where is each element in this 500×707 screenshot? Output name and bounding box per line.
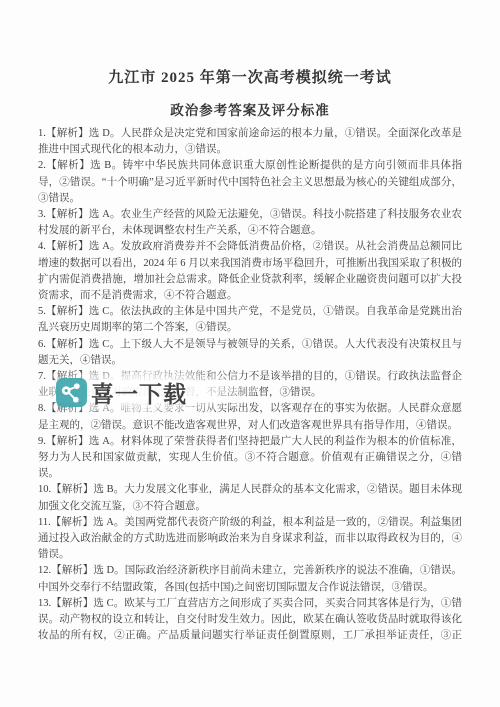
answer-item-1: 1.【解析】选 D。人民群众是决定党和国家前途命运的根本力量，①错误。全面深化改… [38, 126, 462, 158]
watermark-text: 喜一下载 [91, 376, 187, 409]
answer-item-4: 4.【解析】选 A。发放政府消费券并不会降低消费品价格，②错误。从社会消费品总额… [38, 239, 462, 304]
answer-item-12: 12.【解析】选 D。国际政治经济新秩序目前尚未建立，完善新秩序的说法不准确，①… [38, 563, 462, 595]
answer-item-9: 9.【解析】选 A。材料体现了荣誉获得者们坚持把最广大人民的利益作为根本的价值标… [38, 434, 462, 483]
answer-item-6: 6.【解析】选 C。上下级人大不是领导与被领导的关系，①错误。人大代表没有决策权… [38, 337, 462, 369]
answer-item-13: 13.【解析】选 C。欧某与工厂直营店方之间形成了买卖合同，买卖合同其客体是行为… [38, 596, 462, 645]
answer-item-11: 11.【解析】选 A。美国两党都代表资产阶级的利益，根本利益是一致的，②错误。利… [38, 515, 462, 564]
answer-item-5: 5.【解析】选 C。依法执政的主体是中国共产党，不是党员，①错误。自我革命是党跳… [38, 304, 462, 336]
document-subtitle: 政治参考答案及评分标准 [0, 99, 500, 119]
document-page: 九江市 2025 年第一次高考模拟统一考试 政治参考答案及评分标准 1.【解析】… [0, 0, 500, 707]
answer-item-10: 10.【解析】选 B。大力发展文化事业，满足人民群众的基本文化需求，②错误。题目… [38, 482, 462, 514]
answer-item-3: 3.【解析】选 A。农业生产经营的风险无法避免，③错误。科技小院搭建了科技服务农… [38, 207, 462, 239]
document-title: 九江市 2025 年第一次高考模拟统一考试 [0, 66, 500, 87]
answer-item-2: 2.【解析】选 B。铸牢中华民族共同体意识重大原创性论断提供的是方向引领而非具体… [38, 158, 462, 207]
watermark: 喜一下载 [56, 376, 187, 409]
share-network-icon [56, 378, 87, 407]
